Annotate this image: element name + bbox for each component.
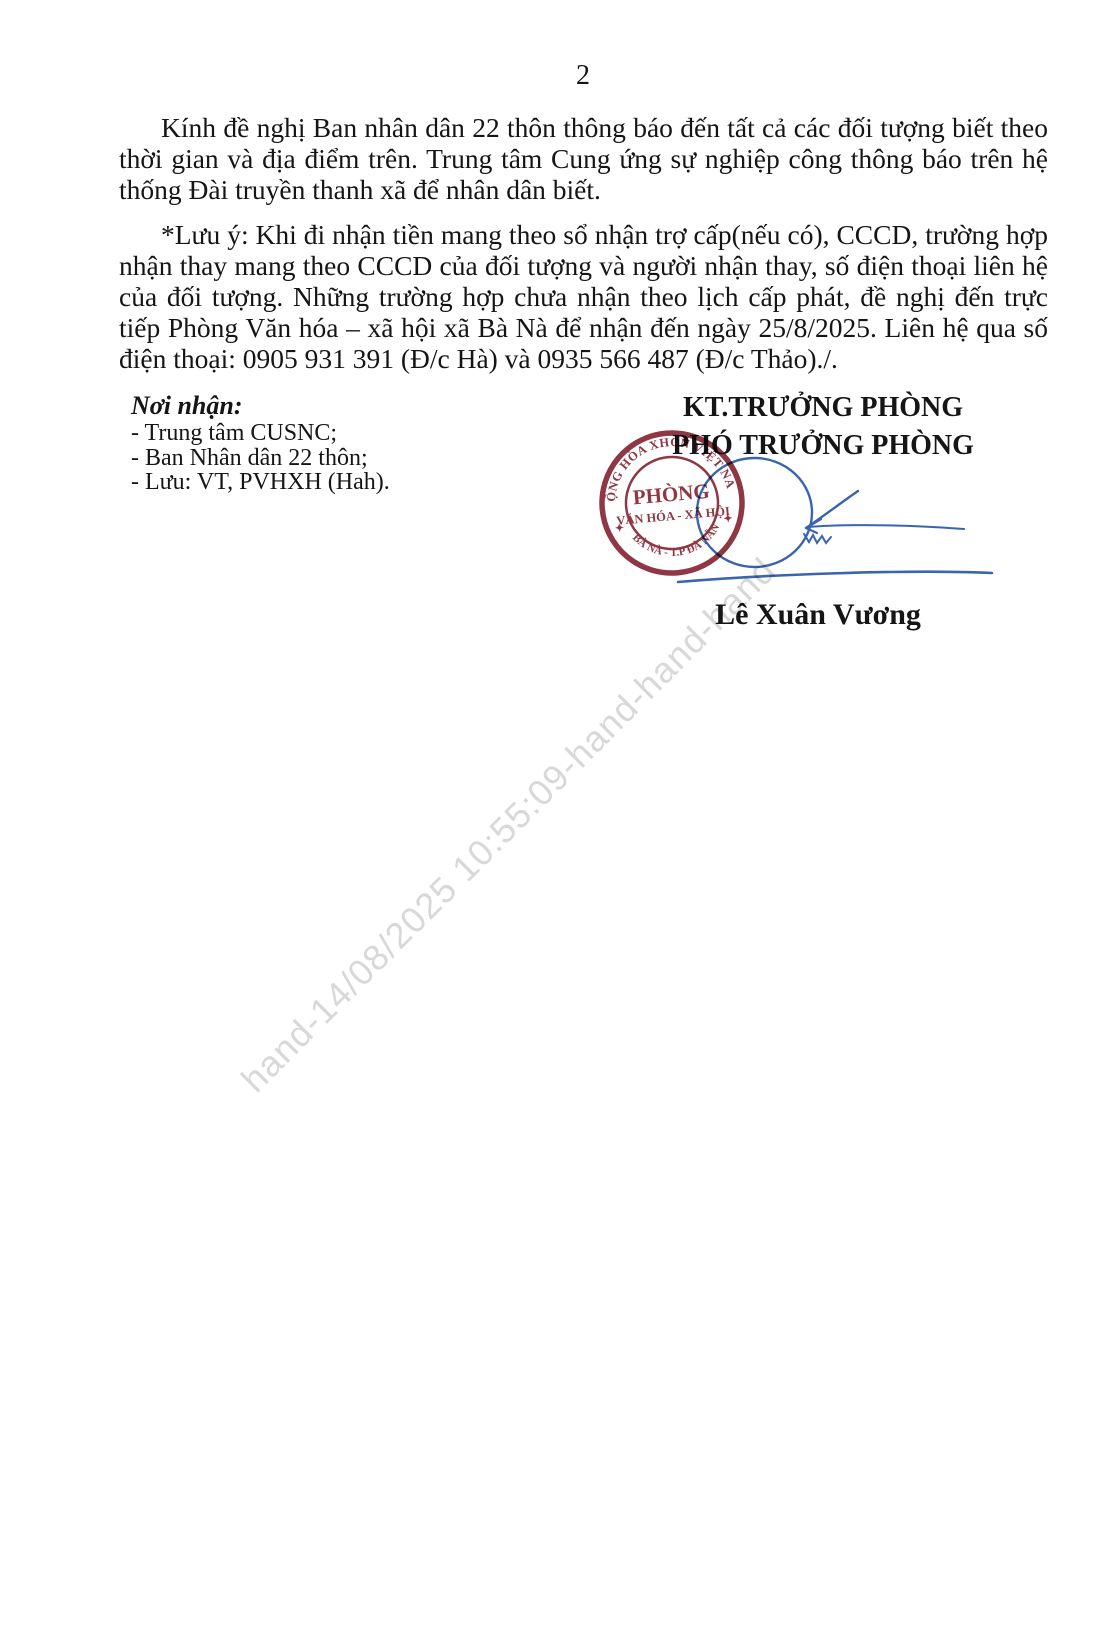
- diagonal-watermark: hand-14/08/2025 10:55:09-hand-hand-hand: [233, 549, 784, 1100]
- signature-horizontal-stroke: [807, 525, 964, 529]
- recipients-block: Nơi nhận: - Trung tâm CUSNC; - Ban Nhân …: [131, 390, 390, 495]
- handwritten-signature: [630, 440, 1010, 600]
- body-paragraph-1: Kính đề nghị Ban nhân dân 22 thôn thông …: [119, 112, 1048, 205]
- recipients-heading: Nơi nhận:: [131, 390, 390, 421]
- body-paragraph-2: *Lưu ý: Khi đi nhận tiền mang theo sổ nh…: [119, 219, 1048, 374]
- signature-underline-stroke: [678, 572, 992, 582]
- page-number: 2: [119, 60, 1047, 92]
- recipient-item: - Ban Nhân dân 22 thôn;: [131, 446, 390, 471]
- signature-loop: [697, 458, 812, 567]
- recipient-item: - Trung tâm CUSNC;: [131, 421, 390, 446]
- signer-name: Lê Xuân Vương: [618, 598, 1018, 632]
- recipient-item: - Lưu: VT, PVHXH (Hah).: [131, 470, 390, 495]
